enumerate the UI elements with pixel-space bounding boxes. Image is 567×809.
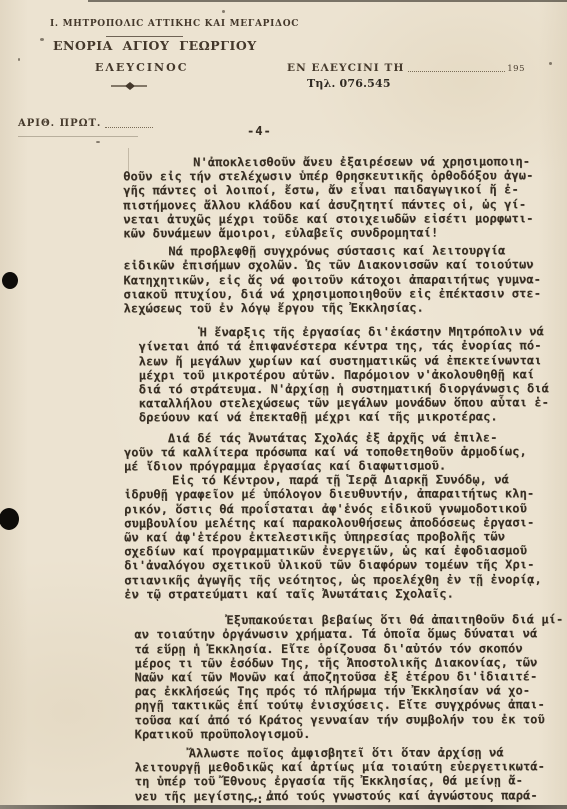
date-line: ΕΝ ΕΛΕΥCΙΝΙ ΤΗ 195 [287,61,525,74]
date-place-label: ΕΝ ΕΛΕΥCΙΝΙ ΤΗ [287,62,404,74]
paragraph: Ἡ ἔναρξις τῆς ἐργασίας δι'ἑκάστην Μητρόπ… [139,324,567,425]
phone-number: Τηλ. 076.545 [307,77,391,90]
scan-top-edge [88,0,567,2]
scan-bottom-edge [0,805,567,809]
ink-speck [222,10,225,13]
paragraph: Ν'ἀποκλεισθοῦν ἄνευ ἐξαιρέσεων νά χρησιμ… [123,154,566,240]
ink-speck [18,58,20,61]
footer-separator: -:- [248,792,273,806]
metropolis-title: Ι. ΜΗΤΡΟΠΟΛΙC ΑΤΤΙΚΗC ΚΑΙ ΜΕΓΑΡΙΔΟC [50,19,299,29]
paragraph: Εἰς τό Κέντρον, παρά τῇ Ἱερᾷ Διαρκῇ Συνό… [124,473,567,602]
paragraph: Ἐξυπακούεται βεβαίως ὅτι θά ἀπαιτηθοῦν δ… [134,612,567,741]
protocol-dotted-line [105,119,153,128]
city-name: ΕΛΕΥCΙΝΟC [95,61,188,74]
protocol-label: ΑΡΙΘ. ΠΡΩΤ. [18,118,101,129]
protocol-underline [18,136,138,137]
paragraph: Διά δέ τάς Ἀνωτάτας Σχολάς ἐξ ἀρχῆς νά ἐ… [124,430,567,474]
document-page: Ι. ΜΗΤΡΟΠΟΛΙC ΑΤΤΙΚΗC ΚΑΙ ΜΕΓΑΡΙΔΟC ΕΝΟΡ… [0,0,567,809]
ink-speck [40,38,44,41]
parish-name: ΕΝΟΡΙΑ ΑΓΙΟΥ ΓΕΩΡΓΙΟΥ [53,38,257,53]
paragraph: Νά προβλεφθῇ συγχρόνως σύστασις καί λειτ… [123,243,566,315]
body-text: Ν'ἀποκλεισθοῦν ἄνευ ἐξαιρέσεων νά χρησιμ… [0,154,567,803]
ink-speck [549,62,552,65]
letterhead-underline [106,36,183,37]
page-number: -4- [247,124,272,138]
protocol-line: ΑΡΙΘ. ΠΡΩΤ. [18,118,153,129]
ink-speck [96,141,100,143]
paragraph: Ἄλλωστε ποῖος ἀμφισβητεῖ ὅτι ὅταν ἀρχίσῃ… [135,745,567,803]
date-dotted-line [408,61,505,72]
letterhead-divider-icon [110,76,148,95]
date-year: 195 [507,64,525,74]
